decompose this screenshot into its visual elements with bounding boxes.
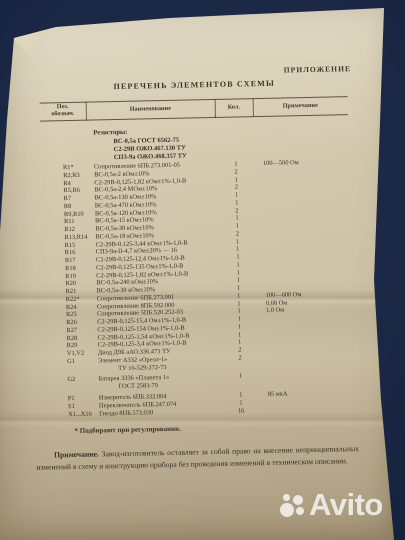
row-name-line2: ТУ 16-529-272-73 [118, 364, 167, 373]
header-note: Примечание [253, 101, 348, 110]
table-row: G2 Батарея 3336 «Планета 1» ГОСТ 2583-79… [45, 370, 355, 392]
header-qty: Кол. [215, 103, 253, 111]
row-pos-designation: R7 [64, 195, 72, 203]
header-name: Наименование [86, 104, 215, 114]
adjustment-footnote: * Подбирают при регулировании. [74, 425, 181, 435]
row-name: Гнездо 8ПБ.573.030 [99, 409, 153, 418]
printed-content: ПРИЛОЖЕНИЕ ПЕРЕЧЕНЬ ЭЛЕМЕНТОВ СХЕМЫ Поз.… [0, 0, 405, 540]
appendix-label: ПРИЛОЖЕНИЕ [257, 64, 351, 75]
row-pos-designation: R8 [64, 203, 72, 211]
row-name-line2: ГОСТ 2583-79 [119, 382, 158, 391]
avito-logo-icon [280, 492, 305, 518]
resistor-spec-line: СП3-9а ОЖО.468.357 ТУ [114, 152, 187, 161]
row-qty: 2 [233, 354, 247, 362]
paper-sheet: ПРИЛОЖЕНИЕ ПЕРЕЧЕНЬ ЭЛЕМЕНТОВ СХЕМЫ Поз.… [0, 0, 405, 540]
avito-watermark-text: Avito [309, 489, 383, 520]
row-pos-designation: R4 [63, 179, 71, 187]
avito-watermark: Avito [280, 489, 383, 520]
factory-note: Примечание. Завод-изготовитель оставляет… [36, 443, 359, 475]
row-pos-designation: R19 [65, 272, 76, 280]
factory-note-label: Примечание. [54, 449, 99, 459]
resistors-group-specs: ВС-0,5а ГОСТ 6562-75 С2-29В ОЖО.467.130 … [113, 137, 186, 162]
row-pos-designation: P1 [68, 395, 75, 403]
row-pos-designation: Х1...Х16 [68, 410, 92, 418]
page-title: ПЕРЕЧЕНЬ ЭЛЕМЕНТОВ СХЕМЫ [99, 78, 289, 91]
row-pos-designation: R11 [64, 218, 75, 226]
row-pos-designation: S1 [68, 403, 75, 411]
row-qty: 1 [233, 372, 247, 380]
resistors-group-title: Резисторы: [93, 129, 127, 137]
table-rows: R1* Сопротивление 6ПБ.273.001-05 1 100—5… [41, 158, 356, 419]
header-pos-designation: Поз. обознач. [40, 104, 86, 118]
row-pos-designation: G2 [67, 376, 75, 384]
row-qty: 16 [234, 407, 248, 415]
photo-background: ПРИЛОЖЕНИЕ ПЕРЕЧЕНЬ ЭЛЕМЕНТОВ СХЕМЫ Поз.… [0, 0, 405, 540]
header-pos-line2: обознач. [40, 110, 86, 118]
row-pos-designation: R29 [67, 342, 78, 350]
row-pos-designation: G1 [67, 358, 75, 366]
